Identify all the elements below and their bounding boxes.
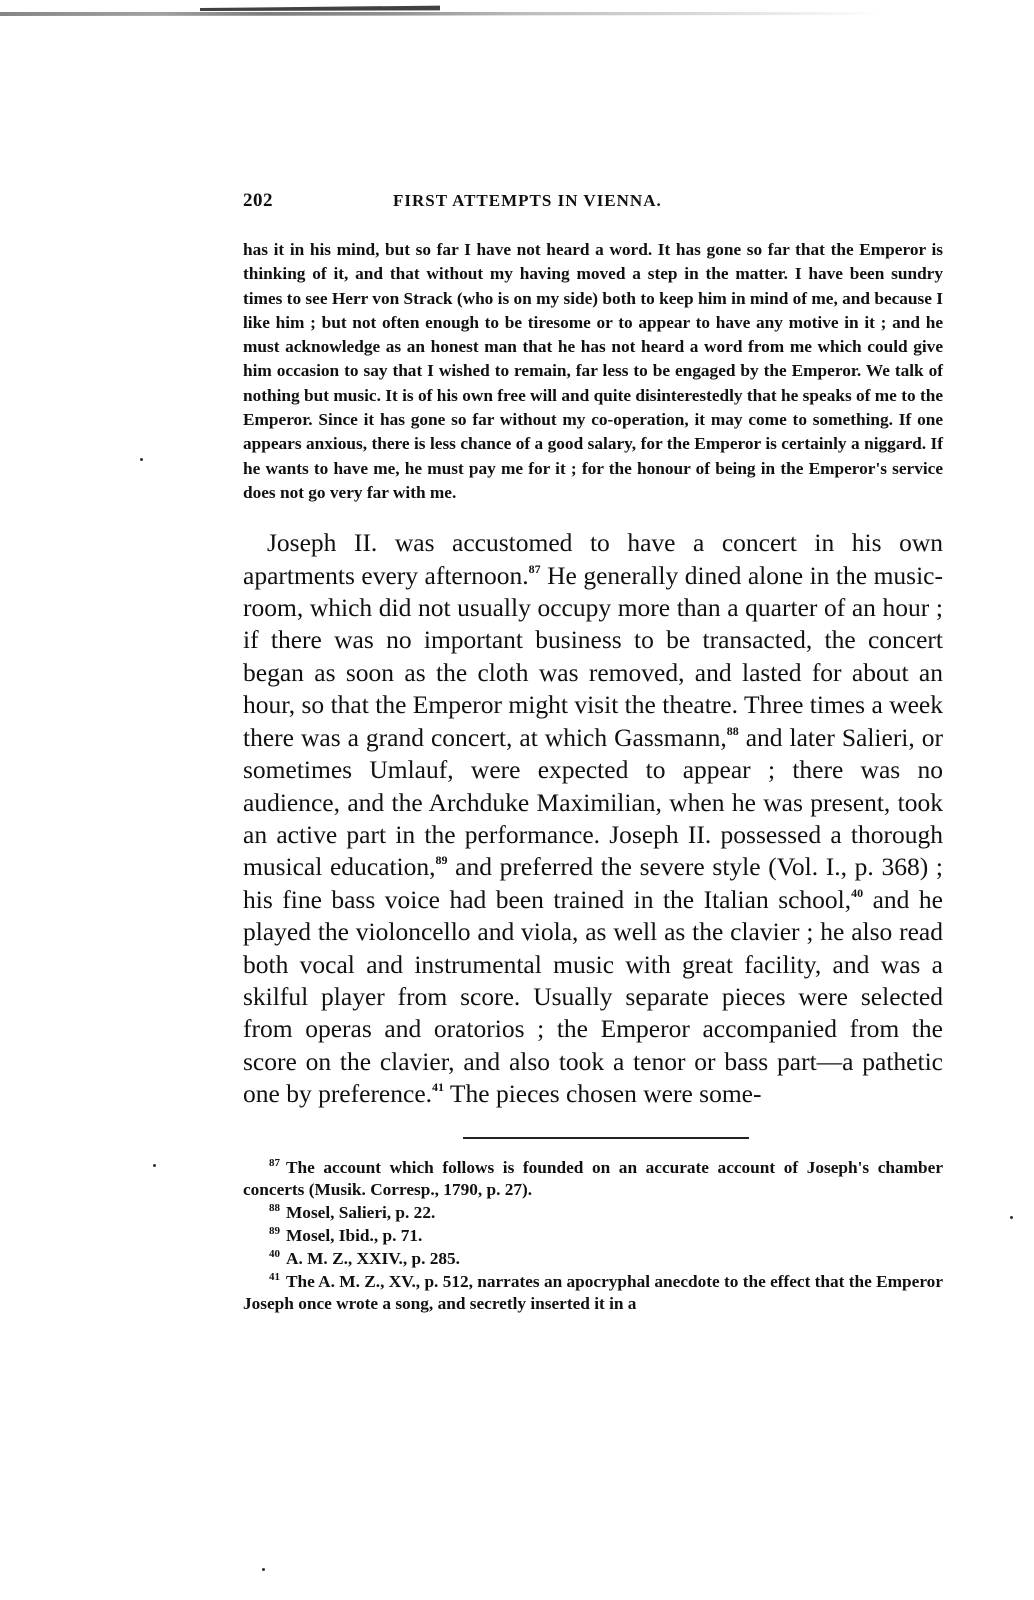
scan-artifact-top-mark <box>200 5 440 11</box>
footnote-ref-88: 88 <box>727 724 739 738</box>
footnote: 89Mosel, Ibid., p. 71. <box>243 1225 943 1248</box>
scan-artifact-top-edge <box>0 8 880 18</box>
footnote-ref-40: 40 <box>851 886 863 900</box>
running-title: FIRST ATTEMPTS IN VIENNA. <box>393 191 662 211</box>
footnote-divider <box>463 1137 749 1139</box>
letter-paragraph: has it in his mind, but so far I have no… <box>243 238 943 505</box>
footnote: 41The A. M. Z., XV., p. 512, narrates an… <box>243 1271 943 1317</box>
body-paragraph: Joseph II. was accustomed to have a conc… <box>243 527 943 1110</box>
quoted-letter: has it in his mind, but so far I have no… <box>243 238 943 505</box>
scan-speck <box>153 1164 156 1167</box>
scan-speck <box>1010 1216 1013 1219</box>
footnote-ref-41: 41 <box>432 1080 444 1094</box>
scan-speck <box>140 458 143 461</box>
footnote: 88Mosel, Salieri, p. 22. <box>243 1202 943 1225</box>
footnote-ref-87: 87 <box>529 562 541 576</box>
scan-speck <box>262 1568 265 1571</box>
book-page: 202 FIRST ATTEMPTS IN VIENNA. has it in … <box>243 190 943 1316</box>
footnote-ref-89: 89 <box>436 853 448 867</box>
main-text: Joseph II. was accustomed to have a conc… <box>243 527 943 1110</box>
footnote: 40A. M. Z., XXIV., p. 285. <box>243 1248 943 1271</box>
footnote: 87The account which follows is founded o… <box>243 1157 943 1203</box>
running-head: 202 FIRST ATTEMPTS IN VIENNA. <box>243 190 943 222</box>
page-number: 202 <box>243 190 393 212</box>
footnotes: 87The account which follows is founded o… <box>243 1157 943 1317</box>
